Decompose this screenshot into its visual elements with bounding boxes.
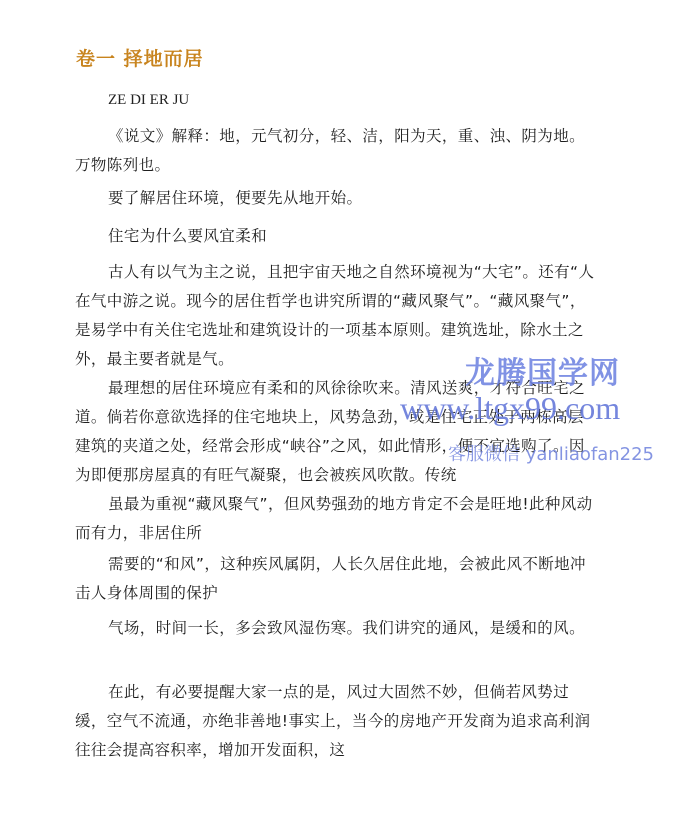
section-heading: 住宅为什么要风宜柔和 bbox=[75, 222, 595, 251]
paragraph-reminder: 在此，有必要提醒大家一点的是，风过大固然不妙，但倘若风势过缓，空气不流通，亦绝非… bbox=[75, 678, 595, 765]
paragraph-text: 《说文》解释：地，元气初分，轻、洁，阳为天，重、浊、阴为地。万物陈列也。 bbox=[75, 127, 585, 174]
paragraph-ancients: 古人有以气为主之说，且把宇宙天地之自然环境视为“大宅”。还有“人在气中游之说。现… bbox=[75, 258, 595, 374]
paragraph-shuowen: 《说文》解释：地，元气初分，轻、洁，阳为天，重、浊、阴为地。万物陈列也。 bbox=[75, 122, 595, 180]
paragraph-text: 要了解居住环境，便要先从地开始。 bbox=[108, 189, 362, 207]
paragraph-gentle-wind: 需要的“和风”，这种疾风属阴，人长久居住此地，会被此风不断地冲击人身体周围的保护 bbox=[75, 550, 595, 608]
paragraph-text: 在此，有必要提醒大家一点的是，风过大固然不妙，但倘若风势过缓，空气不流通，亦绝非… bbox=[75, 683, 590, 759]
document-page: 卷一 择地而居 ZE DI ER JU 《说文》解释：地，元气初分，轻、洁，阳为… bbox=[0, 0, 676, 824]
paragraph-text: 需要的“和风”，这种疾风属阴，人长久居住此地，会被此风不断地冲击人身体周围的保护 bbox=[75, 555, 586, 602]
chapter-title: 卷一 择地而居 bbox=[76, 44, 204, 71]
paragraph-text: 虽最为重视“藏风聚气”，但风势强劲的地方肯定不会是旺地!此种风动而有力，非居住所 bbox=[75, 495, 593, 542]
chapter-pinyin: ZE DI ER JU bbox=[108, 92, 189, 109]
paragraph-intro: 要了解居住环境，便要先从地开始。 bbox=[75, 184, 595, 213]
paragraph-text: 最理想的居住环境应有柔和的风徐徐吹来。清风送爽，才符合旺宅之道。倘若你意欲选择的… bbox=[75, 379, 585, 484]
paragraph-text: 气场，时间一长，多会致风湿伤寒。我们讲究的通风，是缓和的风。 bbox=[108, 619, 585, 637]
paragraph-traditional: 虽最为重视“藏风聚气”，但风势强劲的地方肯定不会是旺地!此种风动而有力，非居住所 bbox=[75, 490, 595, 548]
paragraph-text: 古人有以气为主之说，且把宇宙天地之自然环境视为“大宅”。还有“人在气中游之说。现… bbox=[75, 263, 594, 368]
paragraph-text: 住宅为什么要风宜柔和 bbox=[108, 227, 267, 245]
paragraph-qi-field: 气场，时间一长，多会致风湿伤寒。我们讲究的通风，是缓和的风。 bbox=[75, 614, 595, 643]
paragraph-ideal: 最理想的居住环境应有柔和的风徐徐吹来。清风送爽，才符合旺宅之道。倘若你意欲选择的… bbox=[75, 374, 595, 490]
